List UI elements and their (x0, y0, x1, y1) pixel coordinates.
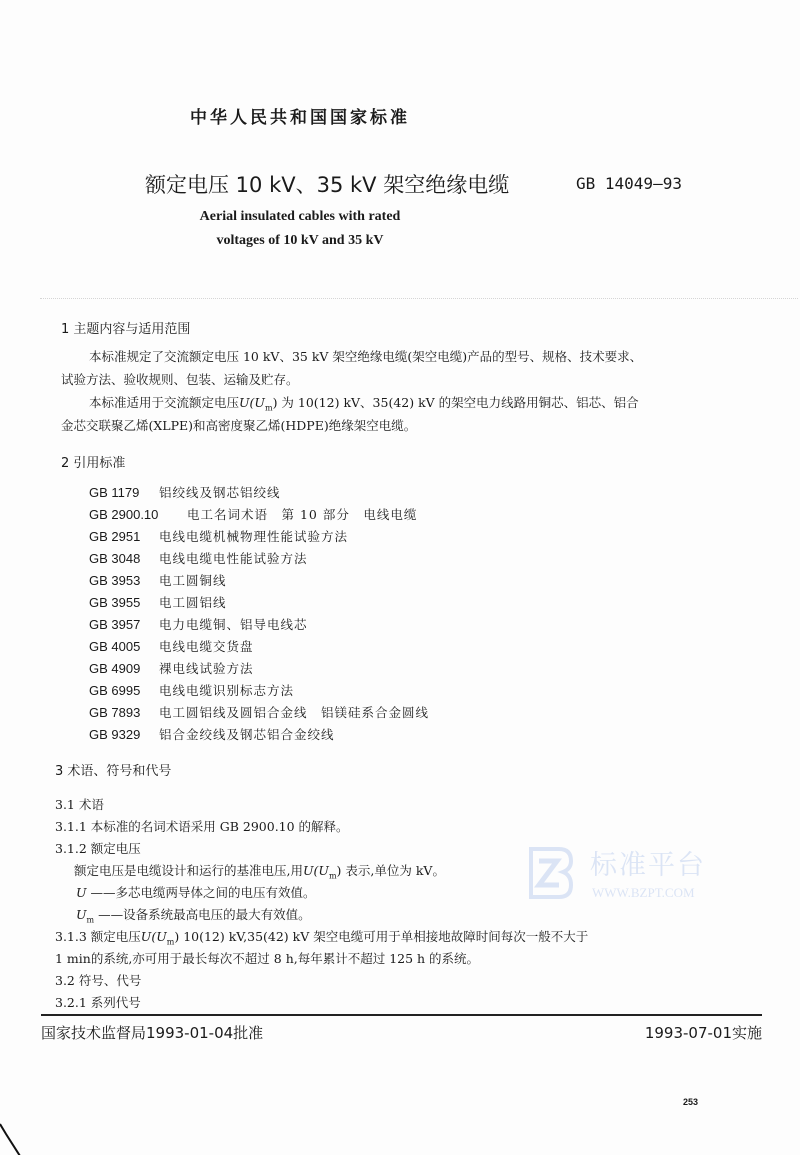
section-1-para1-line1: 本标准规定了交流额定电压 10 kV、35 kV 架空绝缘电缆(架空电缆)产品的… (89, 347, 642, 365)
section-3-1-1: 3.1.1 本标准的名词术语采用 GB 2900.10 的解释。 (55, 817, 349, 835)
reference-item: GB 4909裸电线试验方法 (89, 658, 254, 677)
reference-title: 电线电缆识别标志方法 (159, 683, 294, 698)
reference-item: GB 2951电线电缆机械物理性能试验方法 (89, 526, 348, 545)
implementation-date: 1993-07-01实施 (645, 1022, 762, 1043)
scan-edge-mark (0, 1122, 24, 1155)
reference-title: 电力电缆铜、铝导电线芯 (159, 617, 308, 632)
reference-code: GB 2951 (89, 529, 159, 544)
national-standard-label: 中华人民共和国国家标准 (0, 103, 600, 128)
section-3-1-2-heading: 3.1.2 额定电压 (55, 839, 141, 857)
reference-title: 电工圆铝线 (159, 595, 227, 610)
section-3-2-1: 3.2.1 系列代号 (55, 993, 141, 1011)
standard-number: GB 14049—93 (576, 174, 682, 193)
reference-code: GB 3957 (89, 617, 159, 632)
symbol-subscript-m: m (87, 916, 95, 925)
reference-title: 电线电缆机械物理性能试验方法 (159, 529, 348, 544)
section-3-1-3-line2: 1 min的系统,亦可用于最长每次不超过 8 h,每年累计不超过 125 h 的… (55, 949, 479, 967)
section-2-heading: 2 引用标准 (61, 452, 125, 471)
reference-item: GB 3953电工圆铜线 (89, 570, 227, 589)
symbol-u: U(U (303, 863, 329, 878)
section-3-1-2-text: 额定电压是电缆设计和运行的基准电压,用U(Um) 表示,单位为 kV。 (74, 861, 445, 881)
watermark-text: 标准平台 (590, 843, 706, 882)
section-3-1-3-line1: 3.1.3 额定电压U(Um) 10(12) kV,35(42) kV 架空电缆… (55, 927, 588, 947)
symbol-u: U(U (141, 929, 167, 944)
reference-code: GB 3048 (89, 551, 159, 566)
reference-code: GB 7893 (89, 705, 159, 720)
reference-title: 电工圆铝线及圆铝合金线 铝镁硅系合金圆线 (159, 705, 429, 720)
section-3-1: 3.1 术语 (55, 795, 104, 813)
text-fragment: 为 10(12) kV、35(42) kV 的架空电力线路用铜芯、铝芯、铝合 (277, 395, 638, 410)
text-fragment: 3.1.3 额定电压 (55, 929, 141, 944)
section-3-2: 3.2 符号、代号 (55, 971, 141, 989)
reference-code: GB 3955 (89, 595, 159, 610)
reference-title: 裸电线试验方法 (159, 661, 254, 676)
definition-text: ——设备系统最高电压的最大有效值。 (94, 907, 310, 922)
reference-code: GB 6995 (89, 683, 159, 698)
reference-title: 电工名词术语 第 10 部分 电线电缆 (187, 507, 417, 522)
bzpt-logo-icon (529, 847, 573, 899)
reference-item: GB 7893电工圆铝线及圆铝合金线 铝镁硅系合金圆线 (89, 702, 429, 721)
reference-title: 电线电缆电性能试验方法 (159, 551, 308, 566)
reference-item: GB 2900.10电工名词术语 第 10 部分 电线电缆 (89, 504, 417, 523)
section-1-para2-line2: 金芯交联聚乙烯(XLPE)和高密度聚乙烯(HDPE)绝缘架空电缆。 (61, 416, 416, 434)
reference-code: GB 3953 (89, 573, 159, 588)
reference-item: GB 1179铝绞线及钢芯铝绞线 (89, 482, 281, 501)
approval-date: 国家技术监督局1993-01-04批准 (41, 1022, 263, 1043)
reference-title: 电工圆铜线 (159, 573, 227, 588)
symbol-u: U (76, 885, 87, 900)
header-divider (40, 298, 798, 299)
reference-item: GB 6995电线电缆识别标志方法 (89, 680, 294, 699)
reference-title: 电线电缆交货盘 (159, 639, 254, 654)
definition-u: U ——多芯电缆两导体之间的电压有效值。 (76, 883, 316, 901)
text-fragment: 本标准适用于交流额定电压 (89, 395, 239, 410)
reference-code: GB 9329 (89, 727, 159, 742)
text-fragment: 表示,单位为 kV。 (341, 863, 445, 878)
reference-item: GB 3955电工圆铝线 (89, 592, 227, 611)
section-3-heading: 3 术语、符号和代号 (55, 760, 171, 779)
document-title-en-line2: voltages of 10 kV and 35 kV (0, 233, 600, 249)
reference-code: GB 1179 (89, 485, 159, 500)
definition-text: ——多芯电缆两导体之间的电压有效值。 (87, 885, 316, 900)
reference-item: GB 4005电线电缆交货盘 (89, 636, 254, 655)
section-1-heading: 1 主题内容与适用范围 (61, 318, 190, 337)
reference-code: GB 4005 (89, 639, 159, 654)
text-fragment: 10(12) kV,35(42) kV 架空电缆可用于单相接地故障时间每次一般不… (179, 929, 588, 944)
symbol-u: U (76, 907, 87, 922)
definition-um: Um ——设备系统最高电压的最大有效值。 (76, 905, 311, 925)
symbol-u: U(U (239, 395, 265, 410)
symbol-subscript-m: m (329, 872, 337, 881)
text-fragment: 额定电压是电缆设计和运行的基准电压,用 (74, 863, 303, 878)
footer-divider (41, 1014, 762, 1016)
symbol-subscript-m: m (265, 404, 273, 413)
reference-item: GB 9329铝合金绞线及钢芯铝合金绞线 (89, 724, 335, 743)
reference-item: GB 3048电线电缆电性能试验方法 (89, 548, 308, 567)
reference-title: 铝合金绞线及钢芯铝合金绞线 (159, 727, 335, 742)
reference-code: GB 4909 (89, 661, 159, 676)
document-title-en-line1: Aerial insulated cables with rated (0, 209, 600, 225)
reference-code: GB 2900.10 (89, 507, 187, 522)
page-number: 253 (683, 1097, 698, 1107)
section-1-para2-line1: 本标准适用于交流额定电压U(Um) 为 10(12) kV、35(42) kV … (89, 393, 639, 413)
document-title-cn: 额定电压 10 kV、35 kV 架空绝缘电缆 (145, 169, 509, 199)
watermark-url: WWW.BZPT.COM (592, 885, 695, 901)
reference-title: 铝绞线及钢芯铝绞线 (159, 485, 281, 500)
section-1-para1-line2: 试验方法、验收规则、包装、运输及贮存。 (61, 370, 299, 388)
reference-item: GB 3957电力电缆铜、铝导电线芯 (89, 614, 308, 633)
